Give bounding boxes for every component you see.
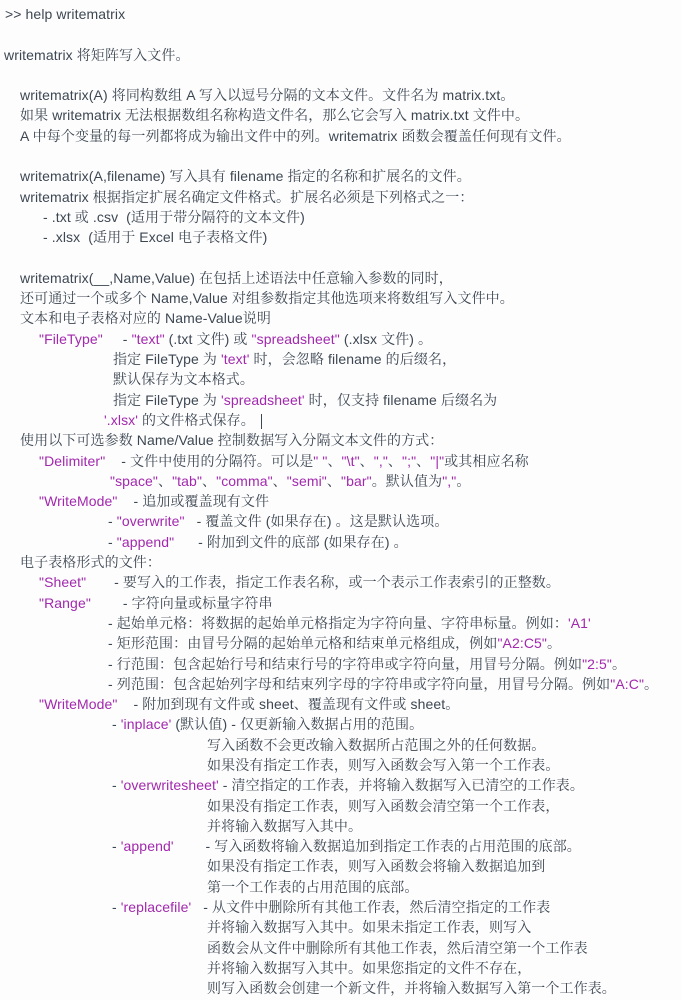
help-text-line: 如果没有指定工作表，则写入函数会清空第一个工作表，: [0, 796, 682, 816]
text-segment: 还可通过一个或多个 Name,Value 对组参数指定其他选项来将数组写入文件中…: [20, 290, 514, 306]
help-text-line: 文本和电子表格对应的 Name-Value说明: [0, 308, 682, 328]
help-text-line: 并将输入数据写入其中。如果您指定的文件不存在，: [0, 958, 682, 978]
help-text-line: 指定 FileType 为 'spreadsheet' 时，仅支持 filena…: [0, 390, 682, 410]
string-literal: " ": [313, 453, 327, 469]
help-text-line: - 矩形范围：由冒号分隔的起始单元格和结束单元格组成，例如"A2:C5"。: [0, 633, 682, 653]
text-segment: -: [112, 899, 121, 915]
help-text-line: "Delimiter" - 文件中使用的分隔符。可以是" "、"\t"、","、…: [0, 451, 682, 471]
help-text-line: - 起始单元格：将数据的起始单元格指定为字符向量、字符串标量。例如：'A1': [0, 613, 682, 633]
help-text-line: writematrix(__,Name,Value) 在包括上述语法中任意输入参…: [0, 268, 682, 288]
help-text-line: "Range" - 字符向量或标量字符串: [0, 593, 682, 613]
help-text-line: 如果没有指定工作表，则写入函数会将输入数据追加到: [0, 856, 682, 876]
text-segment: A 中每个变量的每一列都将成为输出文件中的列。writematrix 函数会覆盖…: [20, 128, 571, 144]
text-segment: 文本和电子表格对应的 Name-Value说明: [20, 310, 271, 326]
help-text-line: - 列范围：包含起始列字母和结束列字母的字符串或字符向量，用冒号分隔。例如"A:…: [0, 674, 682, 694]
text-segment: - 追加或覆盖现有文件: [117, 493, 269, 509]
text-segment: writematrix(__,Name,Value) 在包括上述语法中任意输入参…: [20, 270, 453, 286]
help-text-line: - 'append' - 写入函数将输入数据追加到指定工作表的占用范围的底部。: [0, 836, 682, 856]
string-literal: "A:C": [610, 676, 644, 692]
text-segment: 。: [612, 656, 626, 672]
text-segment: -: [112, 716, 121, 732]
string-literal: 'overwritesheet': [121, 777, 219, 793]
string-literal: "tab": [172, 473, 202, 489]
string-literal: "space": [110, 473, 158, 489]
text-segment: 如果没有指定工作表，则写入函数会写入第一个工作表。: [207, 757, 560, 773]
text-segment: - 列范围：包含起始列字母和结束列字母的字符串或字符向量，用冒号分隔。例如: [108, 676, 610, 692]
text-segment: 电子表格形式的文件：: [20, 554, 161, 570]
string-literal: "semi": [287, 473, 327, 489]
text-segment: 的文件格式保存。: [138, 412, 255, 428]
help-text-line: - 行范围：包含起始行号和结束行号的字符串或字符向量，用冒号分隔。例如"2:5"…: [0, 654, 682, 674]
text-segment: - 文件中使用的分隔符。可以是: [105, 453, 313, 469]
text-segment: 指定 FileType 为: [113, 392, 221, 408]
help-text-line: [0, 146, 682, 166]
help-text-line: "FileType" - "text" (.txt 文件) 或 "spreads…: [0, 329, 682, 349]
help-text-line: writematrix(A,filename) 写入具有 filename 指定…: [0, 166, 682, 186]
text-segment: writematrix(A) 将同构数组 A 写入以逗号分隔的文本文件。文件名为…: [20, 87, 514, 103]
text-segment: 。: [644, 676, 658, 692]
help-text-line: 默认保存为文本格式。: [0, 369, 682, 389]
text-segment: 使用以下可选参数 Name/Value 控制数据写入分隔文本文件的方式：: [20, 432, 443, 448]
help-text-line: '.xlsx' 的文件格式保存。: [0, 410, 682, 430]
string-literal: "A2:C5": [497, 635, 547, 651]
text-cursor[interactable]: [261, 414, 263, 429]
help-text-line: - 'replacefile' - 从文件中删除所有其他工作表，然后清空指定的工…: [0, 897, 682, 917]
help-text-line: "WriteMode" - 追加或覆盖现有文件: [0, 491, 682, 511]
text-segment: - 从文件中删除所有其他工作表，然后清空指定的工作表: [191, 899, 550, 915]
text-segment: 时，仅支持 filename 后缀名为: [305, 392, 498, 408]
text-segment: - 起始单元格：将数据的起始单元格指定为字符向量、字符串标量。例如：: [108, 615, 568, 631]
text-segment: writematrix 根据指定扩展名确定文件格式。扩展名必须是下列格式之一：: [20, 189, 473, 205]
help-text-line: [0, 248, 682, 268]
help-text-line: "WriteMode" - 附加到现有文件或 sheet、覆盖现有文件或 she…: [0, 694, 682, 714]
text-segment: - .txt 或 .csv (适用于带分隔符的文本文件): [43, 209, 305, 225]
string-literal: '.xlsx': [104, 412, 138, 428]
help-text-line: 第一个工作表的占用范围的底部。: [0, 877, 682, 897]
text-segment: - 写入函数将输入数据追加到指定工作表的占用范围的底部。: [174, 838, 581, 854]
help-text-line: 使用以下可选参数 Name/Value 控制数据写入分隔文本文件的方式：: [0, 430, 682, 450]
help-text-line: - 'inplace' (默认值) - 仅更新输入数据占用的范围。: [0, 714, 682, 734]
string-literal: 'spreadsheet': [221, 392, 305, 408]
help-text-line: - "overwrite" - 覆盖文件 (如果存在) 。这是默认选项。: [0, 511, 682, 531]
string-literal: "overwrite": [117, 513, 185, 529]
text-segment: - 矩形范围：由冒号分隔的起始单元格和结束单元格组成，例如: [108, 635, 497, 651]
text-segment: - 附加到现有文件或 sheet、覆盖现有文件或 sheet。: [117, 696, 459, 712]
help-text-line: "Sheet" - 要写入的工作表，指定工作表名称，或一个表示工作表索引的正整数…: [0, 572, 682, 592]
text-segment: - 覆盖文件 (如果存在) 。这是默认选项。: [185, 513, 449, 529]
text-segment: - .xlsx (适用于 Excel 电子表格文件): [43, 229, 267, 245]
text-segment: 如果没有指定工作表，则写入函数会清空第一个工作表，: [207, 798, 560, 814]
text-segment: writematrix(A,filename) 写入具有 filename 指定…: [20, 168, 471, 184]
text-segment: 函数会从文件中删除所有其他工作表，然后清空第一个工作表: [207, 940, 588, 956]
text-segment: -: [112, 838, 121, 854]
help-text-line: 则写入函数会创建一个新文件，并将输入数据写入第一个工作表。: [0, 978, 682, 998]
text-segment: 写入函数不会更改输入数据所占范围之外的任何数据。: [207, 737, 545, 753]
text-segment: 默认保存为文本格式。: [113, 371, 254, 387]
text-segment: 如果 writematrix 无法根据数组名称构造文件名，那么它会写入 matr…: [20, 107, 529, 123]
text-segment: (默认值) - 仅更新输入数据占用的范围。: [171, 716, 423, 732]
text-segment: (.txt 文件) 或: [165, 331, 252, 347]
text-segment: 、: [416, 453, 430, 469]
text-segment: - 字符向量或标量字符串: [91, 595, 273, 611]
help-text-line: [0, 65, 682, 85]
help-text-line: writematrix 根据指定扩展名确定文件格式。扩展名必须是下列格式之一：: [0, 187, 682, 207]
text-segment: 则写入函数会创建一个新文件，并将输入数据写入第一个工作表。: [207, 980, 616, 996]
text-segment: 指定 FileType 为: [113, 351, 221, 367]
text-segment: 、: [360, 453, 374, 469]
text-segment: 。: [547, 635, 561, 651]
string-literal: "append": [117, 534, 174, 550]
string-literal: ";": [402, 453, 416, 469]
string-literal: 'inplace': [121, 716, 172, 732]
text-segment: 、: [388, 453, 402, 469]
string-literal: "WriteMode": [39, 493, 117, 509]
help-text-line: 还可通过一个或多个 Name,Value 对组参数指定其他选项来将数组写入文件中…: [0, 288, 682, 308]
text-segment: 并将输入数据写入其中。: [207, 818, 362, 834]
text-segment: 。默认值为: [372, 473, 443, 489]
string-literal: "2:5": [582, 656, 612, 672]
help-text-line: 指定 FileType 为 'text' 时，会忽略 filename 的后缀名…: [0, 349, 682, 369]
string-literal: "FileType": [39, 331, 103, 347]
help-text-line: 写入函数不会更改输入数据所占范围之外的任何数据。: [0, 735, 682, 755]
text-segment: 并将输入数据写入其中。如果您指定的文件不存在，: [207, 960, 531, 976]
string-literal: 'A1': [568, 615, 591, 631]
text-segment: 。: [456, 473, 470, 489]
string-literal: "Delimiter": [39, 453, 105, 469]
text-segment: writematrix 将矩阵写入文件。: [4, 47, 190, 63]
string-literal: "comma": [216, 473, 273, 489]
text-segment: >> help writematrix: [5, 6, 125, 22]
string-literal: "spreadsheet": [252, 331, 340, 347]
string-literal: "\t": [342, 453, 360, 469]
text-segment: 、: [273, 473, 287, 489]
text-segment: 如果没有指定工作表，则写入函数会将输入数据追加到: [207, 858, 545, 874]
string-literal: ",": [442, 473, 456, 489]
text-segment: -: [112, 777, 121, 793]
help-text-line: 并将输入数据写入其中。如果未指定工作表，则写入: [0, 917, 682, 937]
string-literal: 'text': [221, 351, 250, 367]
help-text-line: writematrix(A) 将同构数组 A 写入以逗号分隔的文本文件。文件名为…: [0, 85, 682, 105]
string-literal: "WriteMode": [39, 696, 117, 712]
text-segment: -: [103, 331, 132, 347]
string-literal: "Sheet": [39, 574, 86, 590]
help-text-line: 电子表格形式的文件：: [0, 552, 682, 572]
help-text-line: A 中每个变量的每一列都将成为输出文件中的列。writematrix 函数会覆盖…: [0, 126, 682, 146]
text-segment: -: [108, 534, 117, 550]
text-segment: - 附加到文件的底部 (如果存在) 。: [174, 534, 408, 550]
help-text-line: - .xlsx (适用于 Excel 电子表格文件): [0, 227, 682, 247]
help-text-line: - "append" - 附加到文件的底部 (如果存在) 。: [0, 532, 682, 552]
string-literal: "|": [430, 453, 444, 469]
text-segment: 时，会忽略 filename 的后缀名，: [250, 351, 457, 367]
text-segment: 、: [158, 473, 172, 489]
text-segment: -: [108, 513, 117, 529]
help-text-line: - .txt 或 .csv (适用于带分隔符的文本文件): [0, 207, 682, 227]
text-segment: (.xlsx 文件) 。: [340, 331, 432, 347]
text-segment: - 行范围：包含起始行号和结束行号的字符串或字符向量，用冒号分隔。例如: [108, 656, 582, 672]
string-literal: "Range": [39, 595, 91, 611]
string-literal: "bar": [341, 473, 372, 489]
help-text-line: "space"、"tab"、"comma"、"semi"、"bar"。默认值为"…: [0, 471, 682, 491]
text-segment: - 清空指定的工作表，并将输入数据写入已清空的工作表。: [219, 777, 584, 793]
text-segment: 、: [202, 473, 216, 489]
text-segment: 第一个工作表的占用范围的底部。: [207, 879, 419, 895]
help-output: >> help writematrixwritematrix 将矩阵写入文件。w…: [0, 4, 682, 999]
help-text-line: writematrix 将矩阵写入文件。: [0, 45, 682, 65]
help-text-line: 如果 writematrix 无法根据数组名称构造文件名，那么它会写入 matr…: [0, 105, 682, 125]
help-text-line: 并将输入数据写入其中。: [0, 816, 682, 836]
help-text-line: 如果没有指定工作表，则写入函数会写入第一个工作表。: [0, 755, 682, 775]
help-text-line: - 'overwritesheet' - 清空指定的工作表，并将输入数据写入已清…: [0, 775, 682, 795]
text-segment: 、: [327, 473, 341, 489]
text-segment: 或其相应名称: [444, 453, 529, 469]
matlab-command-window[interactable]: >> help writematrixwritematrix 将矩阵写入文件。w…: [0, 0, 682, 1000]
help-text-line: 函数会从文件中删除所有其他工作表，然后清空第一个工作表: [0, 938, 682, 958]
string-literal: ",": [374, 453, 388, 469]
command-prompt-line: >> help writematrix: [0, 4, 682, 24]
string-literal: 'append': [121, 838, 174, 854]
string-literal: 'replacefile': [121, 899, 191, 915]
text-segment: 、: [327, 453, 341, 469]
text-segment: - 要写入的工作表，指定工作表名称，或一个表示工作表索引的正整数。: [86, 574, 560, 590]
text-segment: 并将输入数据写入其中。如果未指定工作表，则写入: [207, 919, 531, 935]
help-text-line: [0, 24, 682, 44]
string-literal: "text": [132, 331, 165, 347]
